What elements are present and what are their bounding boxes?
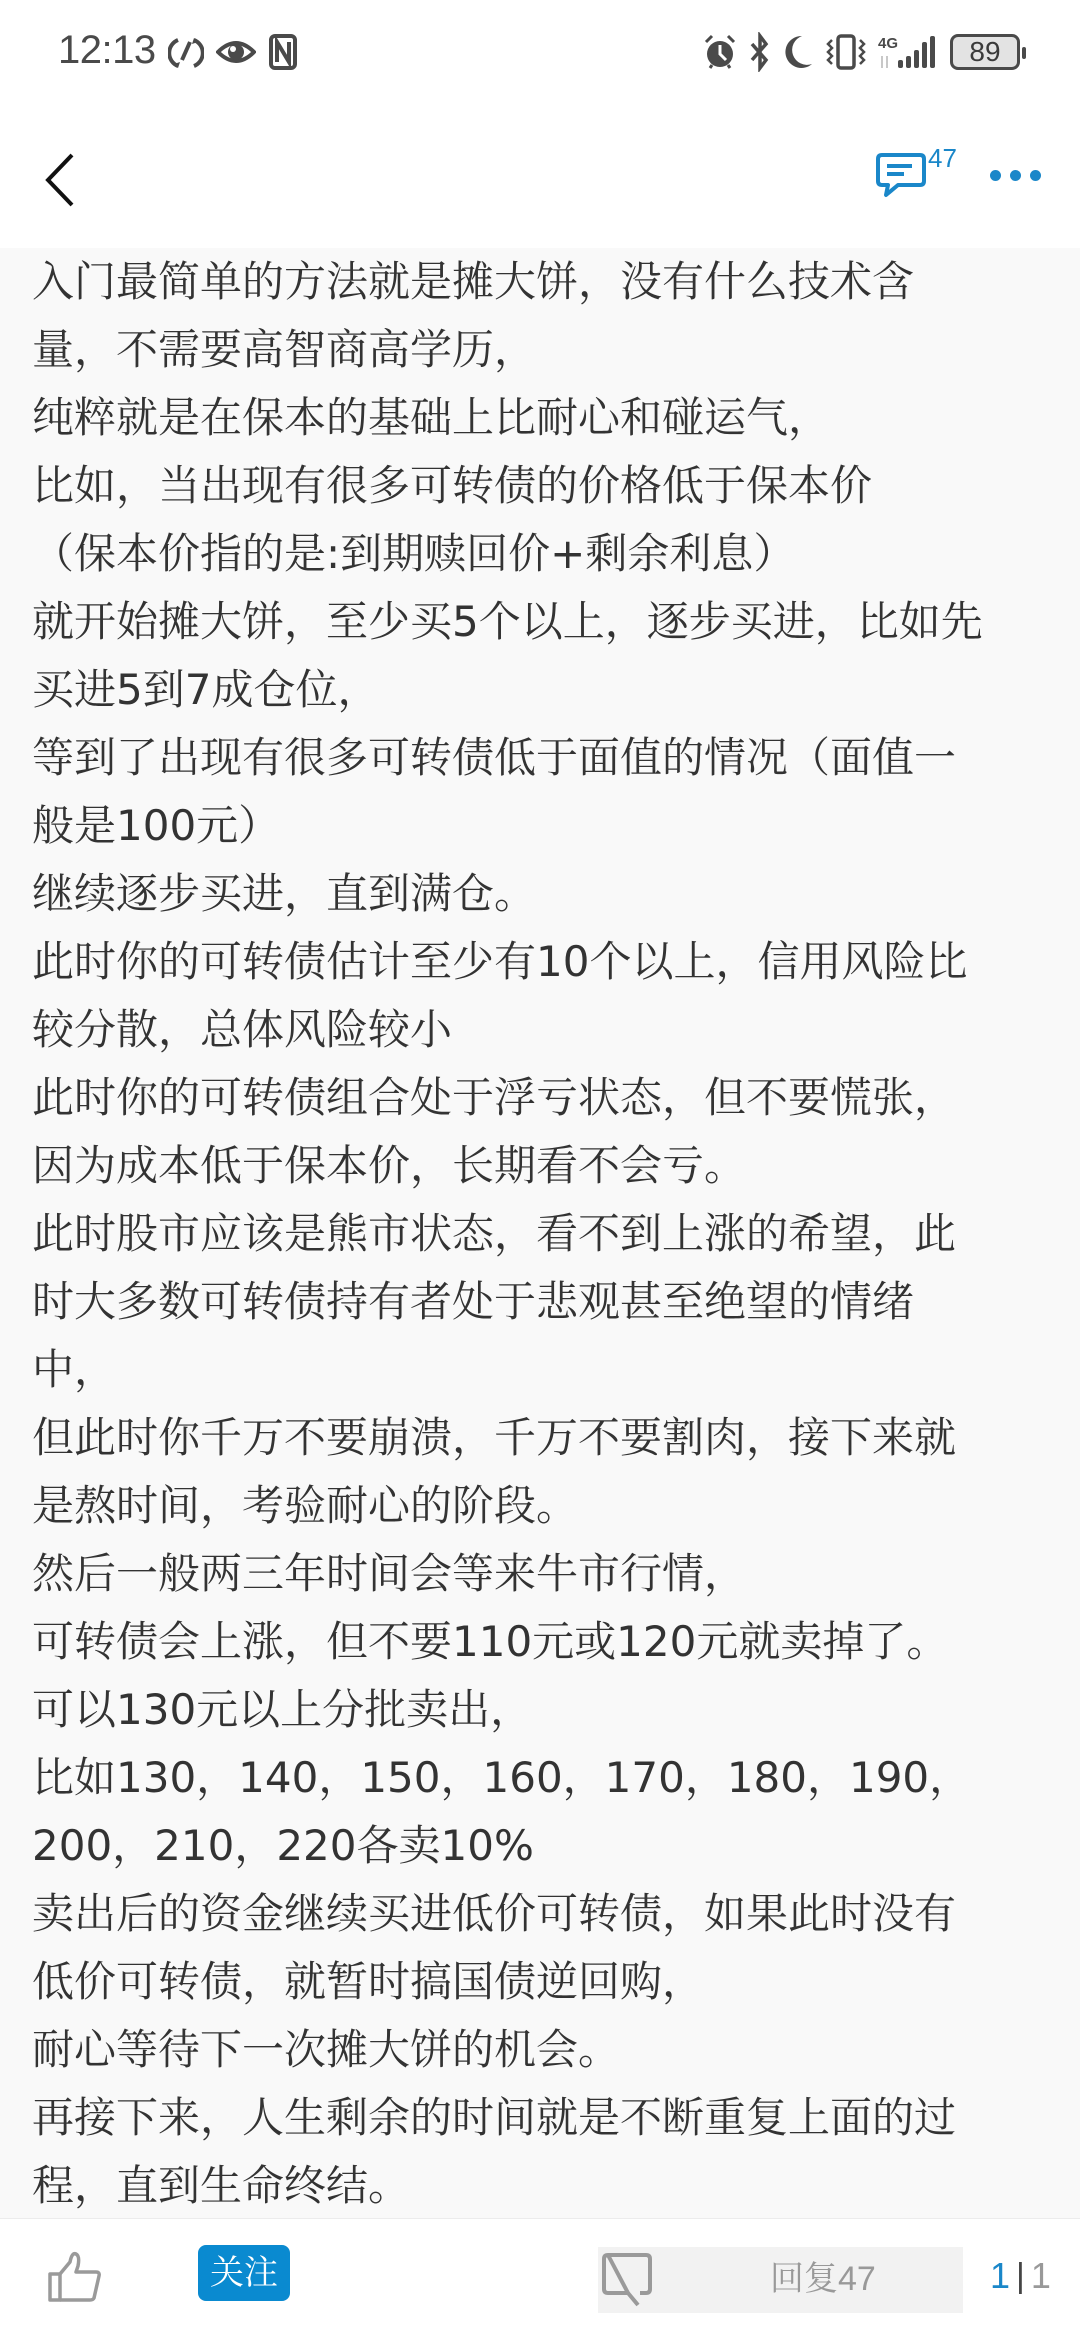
post-line: 但此时你千万不要崩溃，千万不要割肉，接下来就 — [32, 1404, 1052, 1472]
post-line: 此时股市应该是熊市状态，看不到上涨的希望，此 — [32, 1200, 1052, 1268]
svg-text:4G: 4G — [878, 35, 898, 52]
bluetooth-icon — [748, 32, 772, 72]
follow-button[interactable]: 关注 — [198, 2245, 290, 2301]
more-dots-icon — [1010, 170, 1021, 181]
back-button[interactable] — [36, 145, 86, 215]
bottom-action-bar: 关注 回复47 1 | 1 — [0, 2220, 1080, 2340]
status-time: 12:13 — [58, 28, 156, 73]
more-options-button[interactable] — [990, 160, 1050, 190]
vibrate-icon — [824, 32, 868, 72]
post-line: （保本价指的是:到期赎回价+剩余利息） — [32, 520, 1052, 588]
reply-bubble-icon — [602, 2253, 656, 2309]
post-line: 200，210，220各卖10% — [32, 1812, 1052, 1880]
nav-bar: 47 — [0, 105, 1080, 248]
post-line: 低价可转债，就暂时搞国债逆回购， — [32, 1948, 1052, 2016]
comment-count: 47 — [928, 143, 957, 174]
post-line: 比如130，140，150，160，170，180，190， — [32, 1744, 1052, 1812]
post-line: 等到了出现有很多可转债低于面值的情况（面值一 — [32, 724, 1052, 792]
status-bar: 12:13 4G 89 — [0, 0, 1080, 105]
post-line: 可转债会上涨，但不要110元或120元就卖掉了。 — [32, 1608, 1052, 1676]
post-line: 此时你的可转债估计至少有10个以上，信用风险比 — [32, 928, 1052, 996]
post-line: 时大多数可转债持有者处于悲观甚至绝望的情绪 — [32, 1268, 1052, 1336]
reply-input[interactable]: 回复47 — [598, 2247, 963, 2313]
eye-comfort-icon — [216, 32, 256, 72]
thumbs-up-icon — [46, 2248, 104, 2306]
post-line: 然后一般两三年时间会等来牛市行情， — [32, 1540, 1052, 1608]
like-button[interactable] — [46, 2248, 104, 2306]
post-line: 买进5到7成仓位， — [32, 656, 1052, 724]
post-line: 较分散，总体风险较小 — [32, 996, 1052, 1064]
nfc-icon — [268, 32, 298, 72]
comment-icon — [876, 151, 926, 199]
post-line: 中， — [32, 1336, 1052, 1404]
post-line: 是熬时间，考验耐心的阶段。 — [32, 1472, 1052, 1540]
chevron-left-icon — [36, 145, 86, 215]
post-line: 入门最简单的方法就是摊大饼，没有什么技术含 — [32, 248, 1052, 316]
page-separator: | — [1016, 2252, 1025, 2300]
post-line: 此时你的可转债组合处于浮亏状态，但不要慌张， — [32, 1064, 1052, 1132]
post-content: 入门最简单的方法就是摊大饼，没有什么技术含 量，不需要高智商高学历， 纯粹就是在… — [0, 248, 1080, 2219]
post-line: 般是100元） — [32, 792, 1052, 860]
4g-signal-icon: 4G — [878, 32, 940, 72]
alarm-icon — [702, 32, 738, 72]
battery-indicator: 89 — [950, 34, 1020, 70]
post-line: 比如，当出现有很多可转债的价格低于保本价 — [32, 452, 1052, 520]
page-indicator[interactable]: 1 | 1 — [990, 2252, 1051, 2300]
status-right-icons: 4G 89 — [702, 32, 1020, 72]
post-line: 纯粹就是在保本的基础上比耐心和碰运气， — [32, 384, 1052, 452]
do-not-disturb-icon — [782, 32, 814, 72]
data-saver-icon — [168, 32, 204, 72]
more-dots-icon — [990, 170, 1001, 181]
page-current: 1 — [990, 2252, 1010, 2300]
status-left-icons — [168, 32, 298, 72]
reply-placeholder: 回复47 — [770, 2257, 876, 2301]
comments-button[interactable]: 47 — [876, 127, 976, 197]
post-line: 可以130元以上分批卖出， — [32, 1676, 1052, 1744]
more-dots-icon — [1030, 170, 1041, 181]
post-line: 程，直到生命终结。 — [32, 2152, 1052, 2220]
post-line: 耐心等待下一次摊大饼的机会。 — [32, 2016, 1052, 2084]
page-total: 1 — [1031, 2252, 1051, 2300]
post-line: 继续逐步买进，直到满仓。 — [32, 860, 1052, 928]
post-line: 量，不需要高智商高学历， — [32, 316, 1052, 384]
post-line: 卖出后的资金继续买进低价可转债，如果此时没有 — [32, 1880, 1052, 1948]
post-line: 就开始摊大饼，至少买5个以上，逐步买进，比如先 — [32, 588, 1052, 656]
post-line: 因为成本低于保本价，长期看不会亏。 — [32, 1132, 1052, 1200]
post-line: 再接下来，人生剩余的时间就是不断重复上面的过 — [32, 2084, 1052, 2152]
